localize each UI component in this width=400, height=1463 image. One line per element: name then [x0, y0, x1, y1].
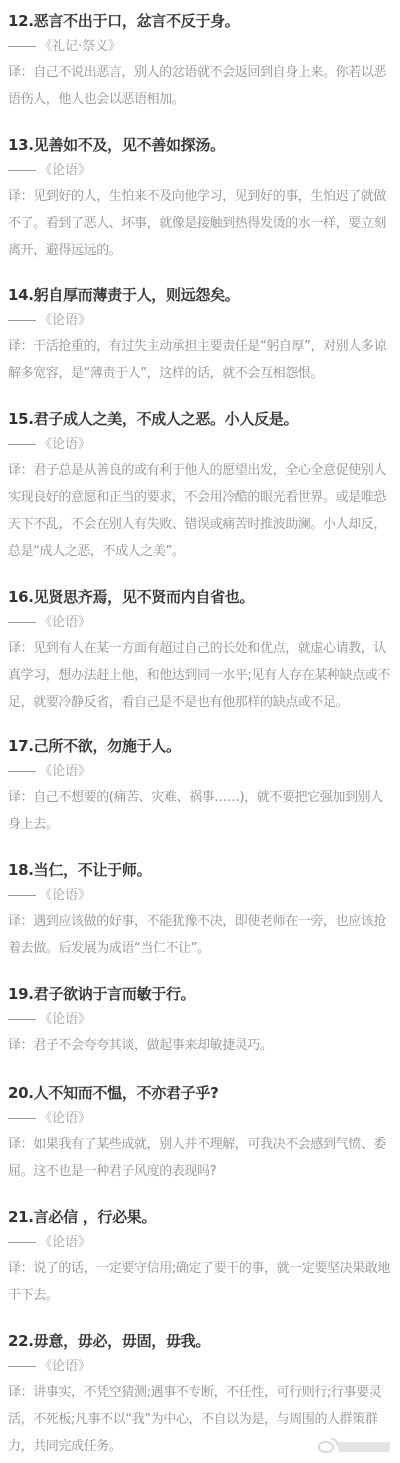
quote-source: 《论语》 [8, 1109, 394, 1129]
watermark-text [338, 1442, 390, 1452]
em-dash [8, 895, 36, 896]
quote-source: 《论语》 [8, 762, 394, 782]
quote-translation: 译：见到好的人，生怕来不及向他学习，见到好的事，生怕迟了就做不了。看到了恶人、坏… [8, 183, 394, 264]
quote-entry-14: 14.躬自厚而薄责于人，则远怨矣。 《论语》 译：干活抢重的，有过失主动承担主要… [8, 285, 394, 387]
source-text: 《论语》 [39, 163, 91, 178]
source-text: 《论语》 [39, 437, 91, 452]
quote-title: 20.人不知而不愠，不亦君子乎? [8, 1083, 394, 1103]
quote-source: 《论语》 [8, 435, 394, 455]
quote-source: 《论语》 [8, 613, 394, 633]
quote-translation: 译：君子不会夸夸其谈，做起事来却敏捷灵巧。 [8, 1032, 394, 1059]
source-text: 《论语》 [39, 1235, 91, 1250]
source-text: 《礼记·祭义》 [39, 39, 121, 54]
quote-source: 《论语》 [8, 1357, 394, 1377]
quote-entry-12: 12.恶言不出于口，忿言不反于身。 《礼记·祭义》 译：自己不说出恶言，别人的忿… [8, 11, 394, 113]
quote-entry-20: 20.人不知而不愠，不亦君子乎? 《论语》 译：如果我有了某些成就，别人并不理解… [8, 1083, 394, 1185]
quote-source: 《论语》 [8, 886, 394, 906]
quote-translation: 译：君子总是从善良的或有利于他人的愿望出发，全心全意促使别人实现良好的意愿和正当… [8, 457, 394, 565]
quote-entry-18: 18.当仁，不让于师。 《论语》 译：遇到应该做的好事，不能犹豫不决，即使老师在… [8, 860, 394, 962]
source-text: 《论语》 [39, 888, 91, 903]
source-text: 《论语》 [39, 764, 91, 779]
quote-entry-21: 21.言必信 ，行必果。 《论语》 译：说了的话，一定要守信用;确定了要干的事，… [8, 1207, 394, 1309]
quote-title: 21.言必信 ，行必果。 [8, 1207, 394, 1227]
quote-title: 17.己所不欲，勿施于人。 [8, 736, 394, 756]
quote-translation: 译：自己不想要的(痛苦、灾难、祸事……)，就不要把它强加到别人身上去。 [8, 784, 394, 838]
quote-source: 《礼记·祭义》 [8, 37, 394, 57]
em-dash [8, 320, 36, 321]
quote-entry-16: 16.见贤思齐焉，见不贤而内自省也。 《论语》 译：见到有人在某一方面有超过自己… [8, 587, 394, 716]
weibo-watermark [318, 1441, 390, 1453]
source-text: 《论语》 [39, 313, 91, 328]
quote-translation: 译：见到有人在某一方面有超过自己的长处和优点，就虚心请教，认真学习，想办法赶上他… [8, 635, 394, 716]
quote-translation: 译：遇到应该做的好事，不能犹豫不决，即使老师在一旁，也应该抢着去做。后发展为成语… [8, 908, 394, 962]
quote-source: 《论语》 [8, 1233, 394, 1253]
em-dash [8, 170, 36, 171]
source-text: 《论语》 [39, 615, 91, 630]
quote-source: 《论语》 [8, 311, 394, 331]
em-dash [8, 444, 36, 445]
weibo-icon [318, 1441, 334, 1453]
quote-translation: 译：自己不说出恶言，别人的忿语就不会返回到自身上来。你若以恶语伤人，他人也会以恶… [8, 59, 394, 113]
em-dash [8, 622, 36, 623]
quote-source: 《论语》 [8, 1010, 394, 1030]
em-dash [8, 1242, 36, 1243]
source-text: 《论语》 [39, 1359, 91, 1374]
quote-entry-19: 19.君子欲讷于言而敏于行。 《论语》 译：君子不会夸夸其谈，做起事来却敏捷灵巧… [8, 984, 394, 1059]
quote-title: 12.恶言不出于口，忿言不反于身。 [8, 11, 394, 31]
quote-title: 18.当仁，不让于师。 [8, 860, 394, 880]
quote-entry-15: 15.君子成人之美，不成人之恶。小人反是。 《论语》 译：君子总是从善良的或有利… [8, 409, 394, 565]
quote-title: 15.君子成人之美，不成人之恶。小人反是。 [8, 409, 394, 429]
quote-title: 22.毋意，毋必，毋固，毋我。 [8, 1331, 394, 1351]
quote-translation: 译：说了的话，一定要守信用;确定了要干的事，就一定要坚决果敢地干下去。 [8, 1255, 394, 1309]
quote-title: 16.见贤思齐焉，见不贤而内自省也。 [8, 587, 394, 607]
quote-title: 13.见善如不及，见不善如探汤。 [8, 135, 394, 155]
quote-source: 《论语》 [8, 161, 394, 181]
quote-translation: 译：干活抢重的，有过失主动承担主要责任是“躬自厚”，对别人多谅解多宽容，是“薄责… [8, 333, 394, 387]
quote-entry-17: 17.己所不欲，勿施于人。 《论语》 译：自己不想要的(痛苦、灾难、祸事……)，… [8, 736, 394, 838]
quote-title: 14.躬自厚而薄责于人，则远怨矣。 [8, 285, 394, 305]
source-text: 《论语》 [39, 1111, 91, 1126]
quote-translation: 译：如果我有了某些成就，别人并不理解，可我决不会感到气愤、委屈。这不也是一种君子… [8, 1131, 394, 1185]
em-dash [8, 771, 36, 772]
em-dash [8, 1118, 36, 1119]
em-dash [8, 46, 36, 47]
source-text: 《论语》 [39, 1012, 91, 1027]
quote-entry-13: 13.见善如不及，见不善如探汤。 《论语》 译：见到好的人，生怕来不及向他学习，… [8, 135, 394, 264]
quote-title: 19.君子欲讷于言而敏于行。 [8, 984, 394, 1004]
em-dash [8, 1019, 36, 1020]
em-dash [8, 1366, 36, 1367]
